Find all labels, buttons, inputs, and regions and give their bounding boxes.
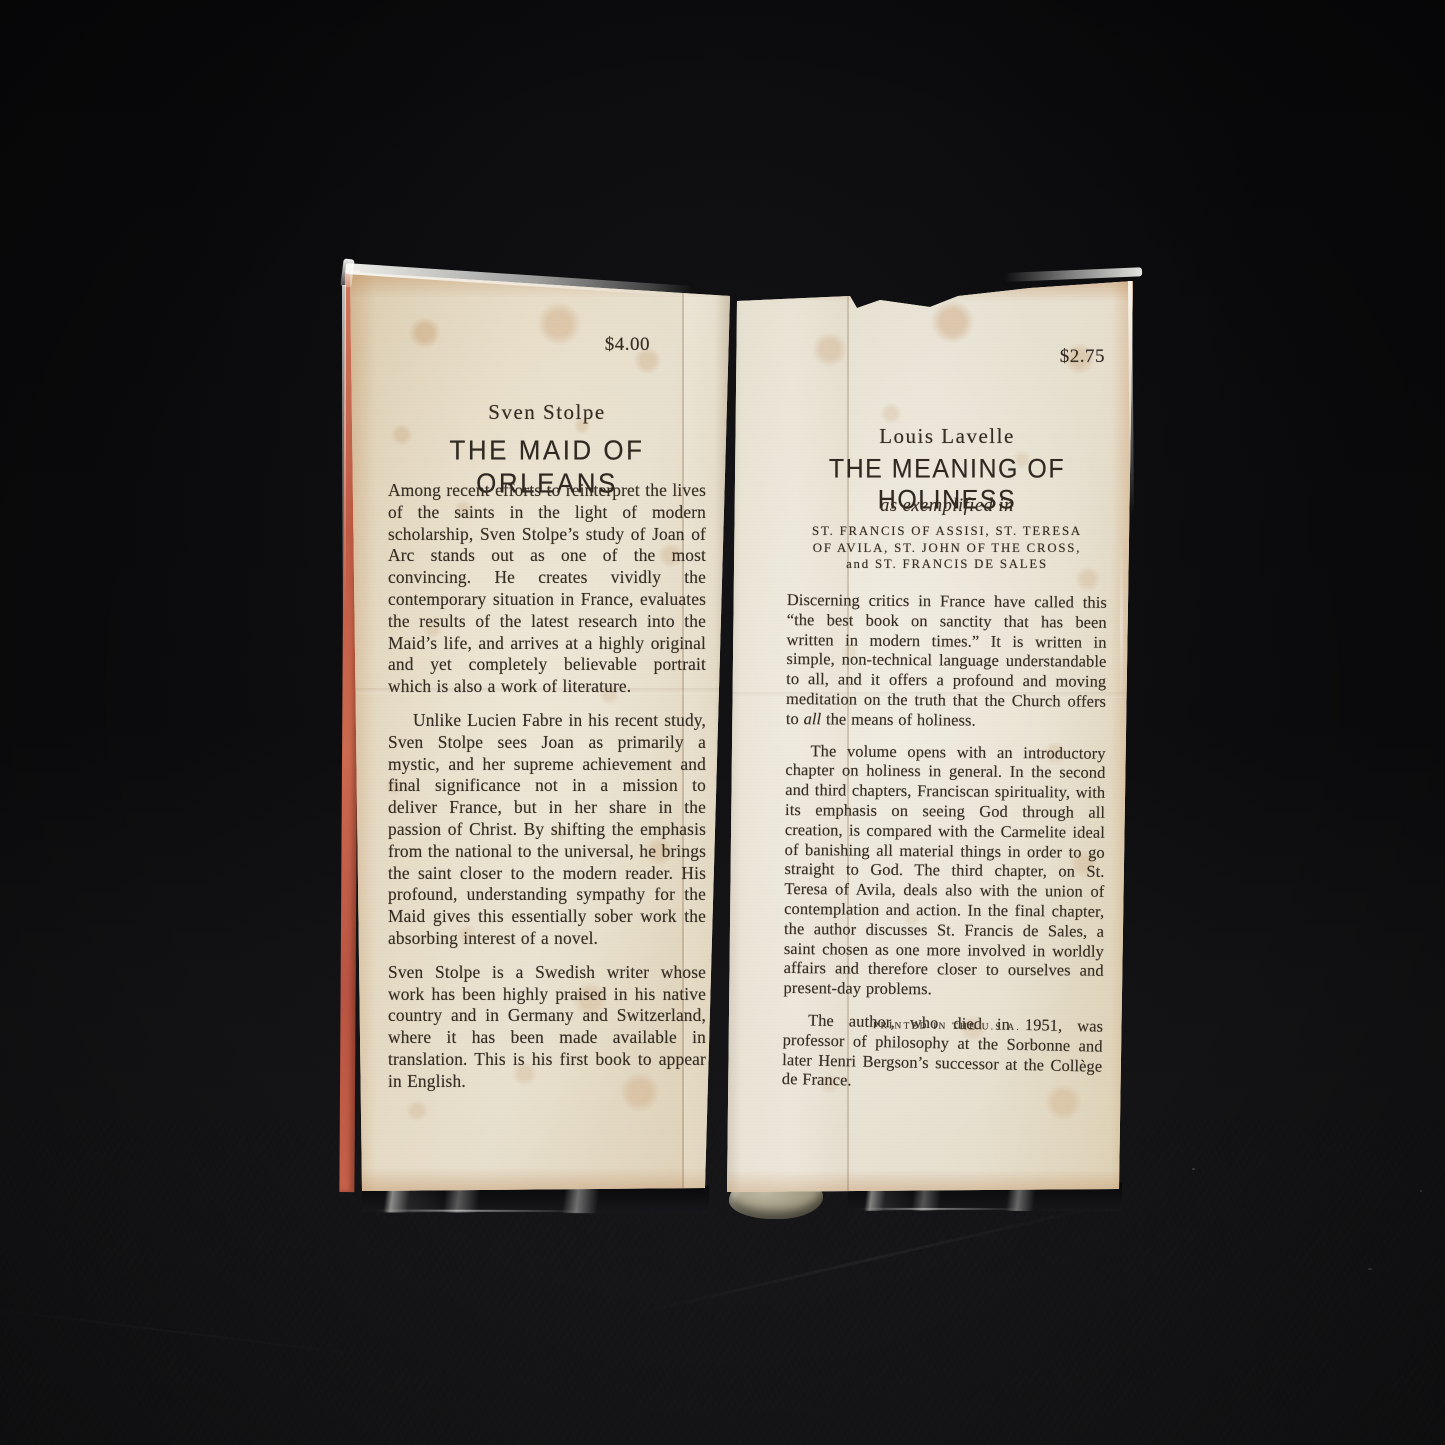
flap-blurb-left: Among recent efforts to reinterpret the … <box>388 480 706 1105</box>
blurb-paragraph: Sven Stolpe is a Swedish writer whose wo… <box>388 962 706 1093</box>
dedication-list: ST. FRANCIS OF ASSISI, ST. TERESA OF AVI… <box>775 523 1119 573</box>
price-left: $4.00 <box>586 334 650 356</box>
emphasized-word: all <box>804 709 822 728</box>
blurb-text: Discerning critics in France have called… <box>786 590 1107 728</box>
mylar-top-right-strip <box>1004 267 1142 282</box>
blurb-paragraph: Among recent efforts to reinterpret the … <box>388 480 706 698</box>
subtitle-italic: as exemplified in <box>787 496 1107 517</box>
author-name-left: Sven Stolpe <box>388 400 706 425</box>
mylar-left-edge-glint <box>342 285 346 615</box>
front-flap-panel: $4.00 Sven Stolpe THE MAID OF ORLEANS Am… <box>348 268 732 1194</box>
photo-scene: $4.00 Sven Stolpe THE MAID OF ORLEANS Am… <box>0 0 1445 1445</box>
author-name-right: Louis Lavelle <box>787 424 1107 449</box>
blurb-paragraph: Discerning critics in France have called… <box>786 590 1107 731</box>
back-flap-panel: $2.75 Louis Lavelle THE MEANING OF HOLIN… <box>727 276 1137 1194</box>
dedication-line: ST. FRANCIS OF ASSISI, ST. TERESA <box>775 523 1119 540</box>
blurb-text: the means of holiness. <box>821 709 976 729</box>
book-dust-jacket: $4.00 Sven Stolpe THE MAID OF ORLEANS Am… <box>0 0 1445 1445</box>
dedication-line: OF AVILA, ST. JOHN OF THE CROSS, <box>775 540 1119 557</box>
mylar-right-lower-glint <box>1120 540 1123 710</box>
dedication-line: and ST. FRANCIS DE SALES <box>775 556 1119 573</box>
blurb-paragraph: Unlike Lucien Fabre in his recent study,… <box>388 710 706 950</box>
price-right: $2.75 <box>1027 346 1105 368</box>
blurb-paragraph: The volume opens with an introductory ch… <box>783 741 1105 1001</box>
mylar-right-edge-glint <box>1128 281 1134 516</box>
